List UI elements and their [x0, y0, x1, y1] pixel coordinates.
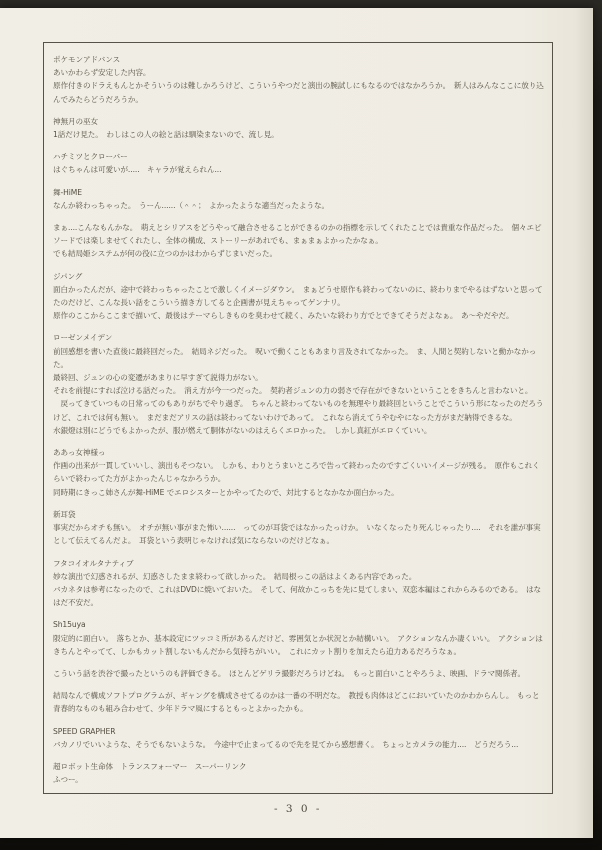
section-title: ポケモンアドバンス: [53, 53, 544, 66]
paragraph-block: バカノリでいいような、そうでもないような。 今途中で止まってるので先を見てから感…: [53, 738, 544, 751]
paragraph-block: 妙な演出で幻惑されるが、幻惑さしたまま終わって欲しかった。 結局根っこの話はよく…: [53, 570, 544, 610]
paragraph-block: 限定的に面白い。 落ちとか、基本設定にツッコミ所があるんだけど、雰囲気とか状況と…: [53, 632, 544, 658]
text-line: 水銀燈は別にどうでもよかったが、服が燃えて胴体がないのはえらくエロかった。 しか…: [53, 424, 544, 437]
paragraph-block: 面白かったんだが、途中で終わっちゃったことで激しくイメージダウン。 まぁどうせ原…: [53, 283, 544, 323]
paragraph-block: まぁ....こんなもんかな。 萌えとシリアスをどうやって融合させることができるの…: [53, 221, 544, 261]
section-title: ハチミツとクローバー: [53, 150, 544, 163]
review-section: フタコイオルタナティブ 妙な演出で幻惑されるが、幻惑さしたまま終わって欲しかった…: [53, 557, 544, 610]
text-line: 原作付きのドラえもんとかそういうのは難しかろうけど、こういうやつだと演出の腕試し…: [53, 79, 544, 105]
review-section: Sh15uya 限定的に面白い。 落ちとか、基本設定にツッコミ所があるんだけど、…: [53, 618, 544, 715]
text-line: 限定的に面白い。 落ちとか、基本設定にツッコミ所があるんだけど、雰囲気とか状況と…: [53, 632, 544, 658]
review-section: 舞-HiME なんか終わっちゃった。 うーん......（＾＾； よかったような…: [53, 186, 544, 261]
text-line: 前回感想を書いた直後に最終回だった。 結局ネジだった。 呪いで動くこともあまり言…: [53, 345, 544, 371]
section-title: Sh15uya: [53, 618, 544, 631]
review-section: ローゼンメイデン 前回感想を書いた直後に最終回だった。 結局ネジだった。 呪いで…: [53, 331, 544, 437]
text-line: なんか終わっちゃった。 うーん......（＾＾； よかったような適当だったよう…: [53, 199, 544, 212]
text-line: 最終回、ジュンの心の変遷があまりに早すぎて説得力がない。: [53, 371, 544, 384]
review-section: SPEED GRAPHER バカノリでいいような、そうでもないような。 今途中で…: [53, 725, 544, 751]
section-title: 超ロボット生命体 トランスフォーマー スーパーリンク: [53, 760, 544, 773]
paragraph-block: あいかわらず安定した内容。原作付きのドラえもんとかそういうのは難しかろうけど、こ…: [53, 66, 544, 106]
paragraph-block: 作画の出来が一貫していいし、演出もそつない。 しかも、わりとうまいところで告って…: [53, 459, 544, 499]
text-line: 1話だけ見た。 わしはこの人の絵と話は馴染まないので、流し見。: [53, 128, 544, 141]
text-line: バカノリでいいような、そうでもないような。 今途中で止まってるので先を見てから感…: [53, 738, 544, 751]
text-line: 事実だからオチも無い。 オチが無い事がまた怖い...... ってのが耳袋ではなか…: [53, 521, 544, 547]
section-title: 舞-HiME: [53, 186, 544, 199]
text-line: ふつー。: [53, 773, 544, 786]
section-title: ローゼンメイデン: [53, 331, 544, 344]
paragraph-block: こういう話を渋谷で撮ったというのも評価できる。 ほとんどゲリラ撮影だろうけどね。…: [53, 667, 544, 680]
review-section: 超ロボット生命体 トランスフォーマー スーパーリンク ふつー。: [53, 760, 544, 786]
section-title: 新耳袋: [53, 508, 544, 521]
paragraph-block: 1話だけ見た。 わしはこの人の絵と話は馴染まないので、流し見。: [53, 128, 544, 141]
page-number: - 3 0 -: [43, 803, 553, 815]
section-title: ああっ女神様っ: [53, 446, 544, 459]
section-title: ジパング: [53, 270, 544, 283]
review-list: ポケモンアドバンス あいかわらず安定した内容。原作付きのドラえもんとかそういうの…: [53, 53, 544, 786]
text-line: まぁ....こんなもんかな。 萌えとシリアスをどうやって融合させることができるの…: [53, 221, 544, 247]
review-section: 神無月の巫女 1話だけ見た。 わしはこの人の絵と話は馴染まないので、流し見。: [53, 115, 544, 141]
text-line: 作画の出来が一貫していいし、演出もそつない。 しかも、わりとうまいところで告って…: [53, 459, 544, 485]
text-line: でも結局姫システムが何の役に立つのかはわからずじまいだった。: [53, 247, 544, 260]
review-section: ポケモンアドバンス あいかわらず安定した内容。原作付きのドラえもんとかそういうの…: [53, 53, 544, 106]
paragraph-block: 前回感想を書いた直後に最終回だった。 結局ネジだった。 呪いで動くこともあまり言…: [53, 345, 544, 437]
paragraph-block: 事実だからオチも無い。 オチが無い事がまた怖い...... ってのが耳袋ではなか…: [53, 521, 544, 547]
review-section: ハチミツとクローバー はぐちゃんは可愛いが..... キャラが覚えられん...: [53, 150, 544, 176]
paragraph-block: 結局なんで構成ソフトプログラムが、ギャングを構成させてるのかは一番の不明だな。 …: [53, 689, 544, 715]
text-line: 面白かったんだが、途中で終わっちゃったことで激しくイメージダウン。 まぁどうせ原…: [53, 283, 544, 309]
content-frame: ポケモンアドバンス あいかわらず安定した内容。原作付きのドラえもんとかそういうの…: [43, 42, 553, 794]
text-line: 妙な演出で幻惑されるが、幻惑さしたまま終わって欲しかった。 結局根っこの話はよく…: [53, 570, 544, 583]
text-line: 結局なんで構成ソフトプログラムが、ギャングを構成させてるのかは一番の不明だな。 …: [53, 689, 544, 715]
review-section: ジパング 面白かったんだが、途中で終わっちゃったことで激しくイメージダウン。 ま…: [53, 270, 544, 323]
review-section: 新耳袋 事実だからオチも無い。 オチが無い事がまた怖い...... ってのが耳袋…: [53, 508, 544, 548]
section-title: SPEED GRAPHER: [53, 725, 544, 738]
text-line: 原作のここからここまで描いて、最後はテーマらしきものを臭わせて続く、みたいな終わ…: [53, 309, 544, 322]
review-section: ああっ女神様っ 作画の出来が一貫していいし、演出もそつない。 しかも、わりとうま…: [53, 446, 544, 499]
scan-background: ポケモンアドバンス あいかわらず安定した内容。原作付きのドラえもんとかそういうの…: [0, 0, 602, 850]
section-title: フタコイオルタナティブ: [53, 557, 544, 570]
text-line: 同時期にきっこ姉さんが舞-HiME でエロシスターとかやってたので、対比するとな…: [53, 486, 544, 499]
text-line: はぐちゃんは可愛いが..... キャラが覚えられん...: [53, 163, 544, 176]
text-line: あいかわらず安定した内容。: [53, 66, 544, 79]
text-line: 戻ってきていつもの日常ってのもありがちでやり過ぎ。 ちゃんと終わってないものを無…: [53, 397, 544, 423]
text-line: それを前提にすれば泣ける話だった。 消え方が今一つだった。 契約者ジュンの力の弱…: [53, 384, 544, 397]
text-line: バカネタは参考になったので、これはDVDに焼いておいた。 そして、何故かこっちを…: [53, 583, 544, 609]
text-line: こういう話を渋谷で撮ったというのも評価できる。 ほとんどゲリラ撮影だろうけどね。…: [53, 667, 544, 680]
paragraph-block: なんか終わっちゃった。 うーん......（＾＾； よかったような適当だったよう…: [53, 199, 544, 212]
section-title: 神無月の巫女: [53, 115, 544, 128]
paper: ポケモンアドバンス あいかわらず安定した内容。原作付きのドラえもんとかそういうの…: [0, 8, 593, 838]
paragraph-block: ふつー。: [53, 773, 544, 786]
paragraph-block: はぐちゃんは可愛いが..... キャラが覚えられん...: [53, 163, 544, 176]
